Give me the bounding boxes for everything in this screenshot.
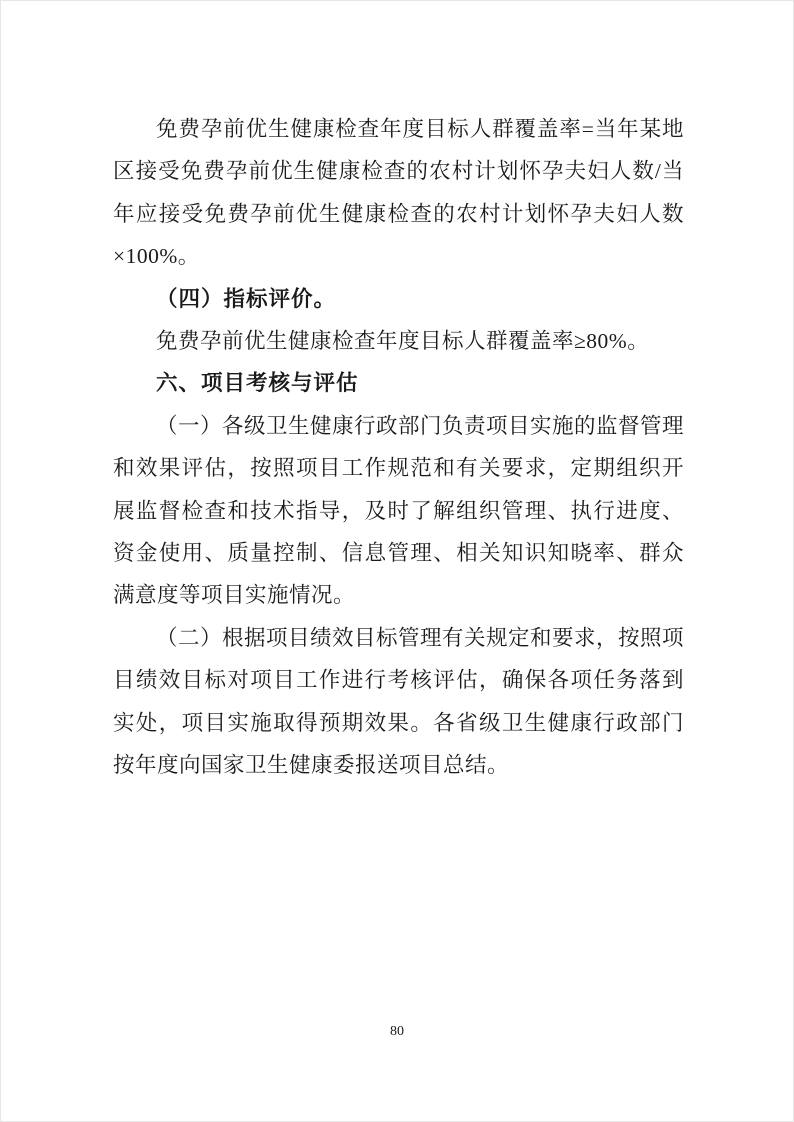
- paragraph-coverage-formula: 免费孕前优生健康检查年度目标人群覆盖率=当年某地区接受免费孕前优生健康检查的农村…: [113, 108, 684, 278]
- heading-section-six-assessment: 六、项目考核与评估: [113, 362, 684, 404]
- paragraph-indicator-target: 免费孕前优生健康检查年度目标人群覆盖率≥80%。: [113, 320, 684, 362]
- document-body: 免费孕前优生健康检查年度目标人群覆盖率=当年某地区接受免费孕前优生健康检查的农村…: [113, 108, 684, 787]
- paragraph-supervision-management: （一）各级卫生健康行政部门负责项目实施的监督管理和效果评估，按照项目工作规范和有…: [113, 405, 684, 617]
- heading-indicator-evaluation: （四）指标评价。: [113, 278, 684, 320]
- page-number: 80: [1, 1023, 793, 1041]
- document-page: 免费孕前优生健康检查年度目标人群覆盖率=当年某地区接受免费孕前优生健康检查的农村…: [0, 0, 794, 1122]
- paragraph-performance-evaluation: （二）根据项目绩效目标管理有关规定和要求，按照项目绩效目标对项目工作进行考核评估…: [113, 617, 684, 787]
